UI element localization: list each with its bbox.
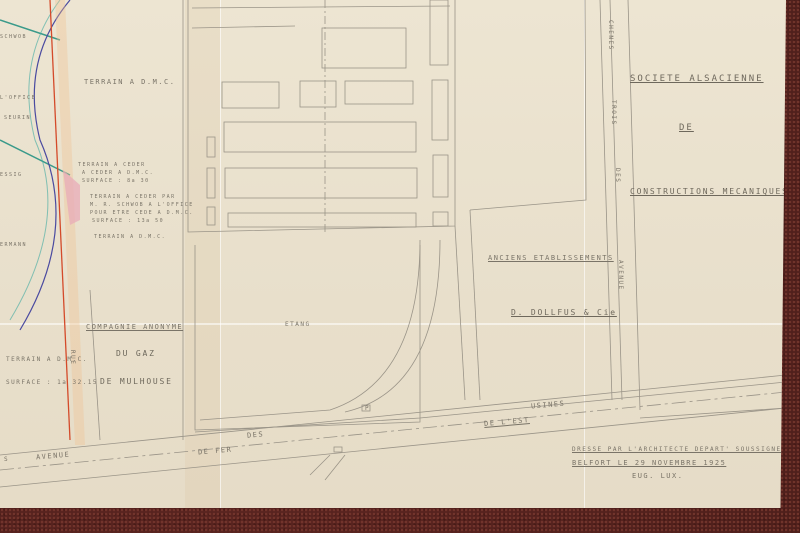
label-terrain-dmc: TERRAIN A D.M.C. [84, 78, 175, 86]
label-left-fragment: SEURIN [4, 115, 31, 121]
signature-line-1: DRESSE PAR L'ARCHITECTE DEPART' SOUSSIGN… [572, 446, 782, 453]
label-compagnie-anonyme: COMPAGNIE ANONYME [86, 323, 183, 331]
label-left-fragment: ERMANN [0, 242, 27, 248]
title-line-3: CONSTRUCTIONS MECANIQUES [630, 187, 789, 196]
label-des-right: DES [614, 168, 621, 183]
label-left-fragment: ESSIG [0, 172, 23, 178]
label-terrain-a-ceder: A CEDER A D.M.C. [82, 170, 154, 176]
signature-line-2: BELFORT LE 29 NOVEMBRE 1925 [572, 459, 726, 467]
label-terrain-a-ceder: POUR ETRE CEDE A D.M.C. [90, 210, 194, 216]
signature-line-3: EUG. LUX. [632, 472, 683, 480]
label-etang: ETANG [285, 321, 311, 328]
label-terrain-dmc: TERRAIN A D.M.C. [94, 234, 166, 240]
label-trois: TROIS [610, 100, 617, 126]
label-surface: SURFACE : 13a 50 [92, 218, 164, 224]
label-dollfus: D. DOLLFUS & Cie [511, 308, 617, 317]
marker-p: P [365, 405, 370, 412]
title-line-2: DE [679, 123, 694, 133]
label-anciens-etablissements: ANCIENS ETABLISSEMENTS [488, 254, 614, 262]
label-rue: RUE [69, 350, 76, 365]
label-left-fragment: L'OFFICE [0, 95, 36, 101]
label-avenue-right: AVENUE [617, 260, 624, 291]
label-chenes: CHENES [607, 20, 614, 51]
label-surface-left: SURFACE : 1a 32.15 [6, 379, 98, 386]
label-du-gaz: DU GAZ [116, 349, 156, 358]
architectural-plan-sheet: SOCIETE ALSACIENNE DE CONSTRUCTIONS MECA… [0, 0, 786, 508]
label-des: DES [247, 430, 265, 439]
label-terrain-a-ceder: TERRAIN A CEDER [78, 162, 146, 168]
label-terrain-a-ceder: M. R. SCHWOB A L'OFFICE [90, 202, 194, 208]
label-terrain-a-ceder: TERRAIN A CEDER PAR [90, 194, 176, 200]
marker-s: S [4, 456, 9, 463]
title-line-1: SOCIETE ALSACIENNE [630, 74, 764, 84]
label-de-mulhouse: DE MULHOUSE [100, 377, 173, 386]
label-surface: SURFACE : 8a 30 [82, 178, 150, 184]
label-left-fragment: SCHWOB [0, 34, 27, 40]
